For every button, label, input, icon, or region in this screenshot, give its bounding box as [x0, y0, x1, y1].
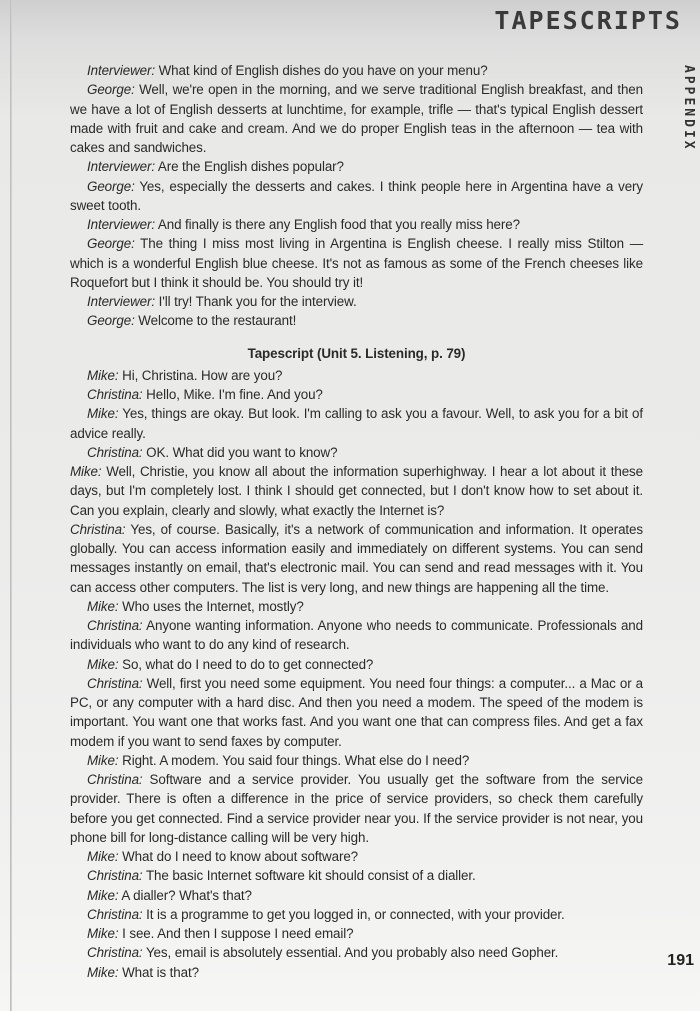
dialogue-text: Right. A modem. You said four things. Wh…: [119, 753, 470, 768]
dialogue-line: Mike: A dialler? What's that?: [70, 886, 643, 905]
speaker-label: George:: [87, 82, 135, 97]
page-number: 191: [667, 952, 694, 970]
dialogue-line: Mike: I see. And then I suppose I need e…: [70, 924, 643, 943]
dialogue-text: I'll try! Thank you for the interview.: [155, 294, 357, 309]
dialogue-line: Christina: Well, first you need some equ…: [70, 674, 643, 751]
speaker-label: Christina:: [87, 445, 143, 460]
dialogue-text: Yes, of course. Basically, it's a networ…: [70, 522, 643, 595]
speaker-label: Mike:: [87, 753, 119, 768]
dialogue-text: I see. And then I suppose I need email?: [119, 926, 354, 941]
dialogue-line: Christina: OK. What did you want to know…: [70, 443, 643, 462]
dialogue-line: Mike: What is that?: [70, 963, 643, 982]
dialogue-line: Christina: Yes, of course. Basically, it…: [70, 520, 643, 597]
dialogue-line: Christina: It is a programme to get you …: [70, 905, 643, 924]
speaker-label: Christina:: [87, 772, 143, 787]
dialogue-text: Yes, especially the desserts and cakes. …: [70, 179, 643, 213]
speaker-label: Christina:: [87, 907, 143, 922]
section-heading: Tapescript (Unit 5. Listening, p. 79): [70, 344, 643, 363]
dialogue-line: Mike: Well, Christie, you know all about…: [70, 462, 643, 520]
dialogue-text: A dialler? What's that?: [119, 888, 252, 903]
dialogue-line: Mike: Yes, things are okay. But look. I'…: [70, 404, 643, 443]
dialogue-text: Welcome to the restaurant!: [135, 313, 297, 328]
speaker-label: Mike:: [87, 926, 119, 941]
dialogue-text: What do I need to know about software?: [119, 849, 359, 864]
speaker-label: Christina:: [87, 868, 143, 883]
dialogue-text: Well, Christie, you know all about the i…: [70, 464, 643, 518]
speaker-label: Christina:: [87, 676, 143, 691]
dialogue-line: Christina: Anyone wanting information. A…: [70, 616, 643, 655]
dialogue-text: The thing I miss most living in Argentin…: [70, 236, 643, 290]
dialogue-line: Mike: Right. A modem. You said four thin…: [70, 751, 643, 770]
speaker-label: Interviewer:: [87, 217, 155, 232]
dialogue-line: Christina: The basic Internet software k…: [70, 866, 643, 885]
dialogue-text: What is that?: [119, 965, 199, 980]
dialogue-line: George: Well, we're open in the morning,…: [70, 80, 643, 157]
speaker-label: Interviewer:: [87, 159, 155, 174]
dialogue-text: Hello, Mike. I'm fine. And you?: [143, 387, 323, 402]
speaker-label: Christina:: [87, 387, 143, 402]
dialogue-line: Mike: So, what do I need to do to get co…: [70, 655, 643, 674]
dialogue-line: Interviewer: I'll try! Thank you for the…: [70, 292, 643, 311]
dialogue-text: What kind of English dishes do you have …: [155, 63, 488, 78]
dialogue-text: OK. What did you want to know?: [143, 445, 338, 460]
dialogue-text: The basic Internet software kit should c…: [143, 868, 476, 883]
speaker-label: Mike:: [70, 464, 102, 479]
dialogue-text: Yes, things are okay. But look. I'm call…: [70, 406, 643, 440]
speaker-label: Mike:: [87, 599, 119, 614]
dialogue-text: Well, first you need some equipment. You…: [70, 676, 643, 749]
dialogue-line: Christina: Hello, Mike. I'm fine. And yo…: [70, 385, 643, 404]
speaker-label: Christina:: [87, 618, 143, 633]
dialogue-text: Who uses the Internet, mostly?: [119, 599, 304, 614]
dialogue-text: Hi, Christina. How are you?: [119, 368, 283, 383]
appendix-side-tab: APPENDIX: [676, 65, 696, 152]
tapescript-section: Mike: Hi, Christina. How are you? Christ…: [70, 366, 643, 982]
speaker-label: Mike:: [87, 849, 119, 864]
dialogue-line: Christina: Yes, email is absolutely esse…: [70, 943, 643, 962]
speaker-label: Christina:: [70, 522, 126, 537]
running-header-title: TAPESCRIPTS: [494, 6, 682, 35]
speaker-label: Mike:: [87, 965, 119, 980]
dialogue-text: And finally is there any English food th…: [155, 217, 520, 232]
speaker-label: Mike:: [87, 888, 119, 903]
speaker-label: Christina:: [87, 945, 143, 960]
dialogue-text: It is a programme to get you logged in, …: [143, 907, 565, 922]
dialogue-line: Interviewer: What kind of English dishes…: [70, 61, 643, 80]
speaker-label: Interviewer:: [87, 294, 155, 309]
dialogue-text: Yes, email is absolutely essential. And …: [143, 945, 559, 960]
speaker-label: George:: [87, 313, 135, 328]
page-body: Interviewer: What kind of English dishes…: [70, 61, 643, 982]
speaker-label: Interviewer:: [87, 63, 155, 78]
dialogue-line: George: Welcome to the restaurant!: [70, 311, 643, 330]
dialogue-text: Are the English dishes popular?: [155, 159, 344, 174]
speaker-label: Mike:: [87, 406, 119, 421]
dialogue-line: Mike: Who uses the Internet, mostly?: [70, 597, 643, 616]
dialogue-line: Mike: What do I need to know about softw…: [70, 847, 643, 866]
dialogue-line: Mike: Hi, Christina. How are you?: [70, 366, 643, 385]
dialogue-line: Interviewer: And finally is there any En…: [70, 215, 643, 234]
dialogue-line: George: Yes, especially the desserts and…: [70, 177, 643, 216]
speaker-label: George:: [87, 236, 135, 251]
dialogue-text: So, what do I need to do to get connecte…: [119, 657, 374, 672]
speaker-label: Mike:: [87, 368, 119, 383]
dialogue-text: Anyone wanting information. Anyone who n…: [70, 618, 643, 652]
dialogue-line: George: The thing I miss most living in …: [70, 234, 643, 292]
interview-section: Interviewer: What kind of English dishes…: [70, 61, 643, 331]
dialogue-line: Christina: Software and a service provid…: [70, 770, 643, 847]
dialogue-text: Software and a service provider. You usu…: [70, 772, 643, 845]
speaker-label: George:: [87, 179, 135, 194]
page-gutter-line: [10, 0, 12, 1011]
dialogue-text: Well, we're open in the morning, and we …: [70, 82, 643, 155]
dialogue-line: Interviewer: Are the English dishes popu…: [70, 157, 643, 176]
speaker-label: Mike:: [87, 657, 119, 672]
